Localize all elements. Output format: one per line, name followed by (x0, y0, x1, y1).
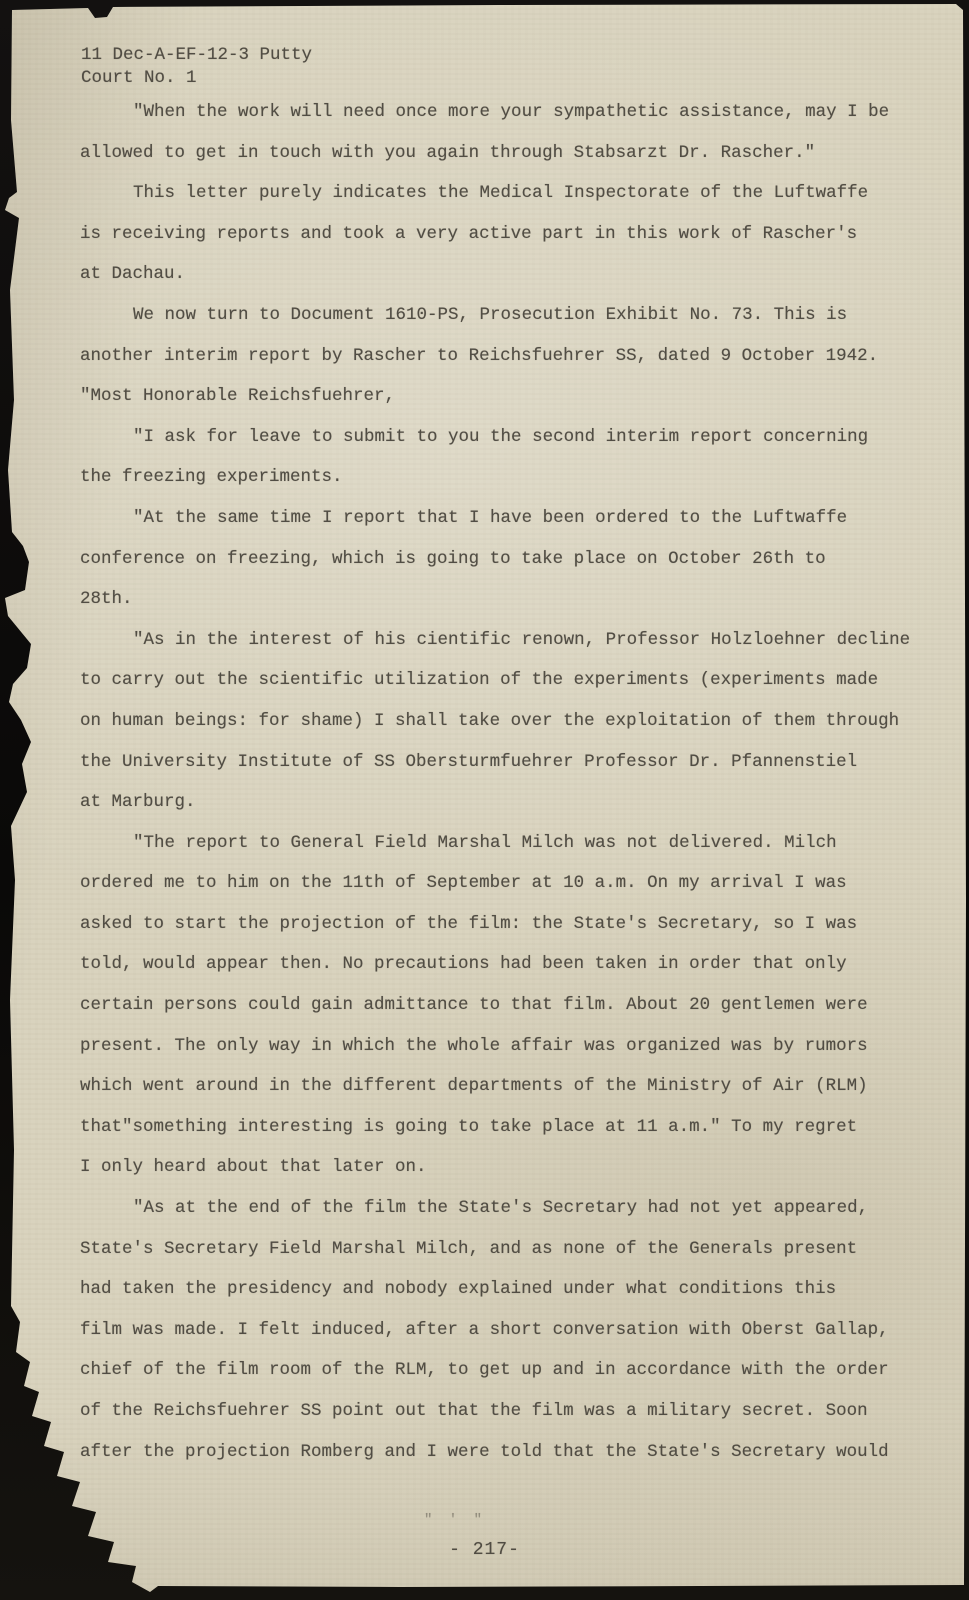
document-header: 11 Dec-A-EF-12-3 Putty Court No. 1 (81, 44, 312, 90)
stray-marks: " ' " (424, 1512, 486, 1528)
header-court-line: Court No. 1 (81, 67, 312, 90)
text-line: This letter purely indicates the Medical… (80, 173, 929, 214)
document-paper: 11 Dec-A-EF-12-3 Putty Court No. 1 "When… (0, 0, 969, 1600)
scanned-page: 11 Dec-A-EF-12-3 Putty Court No. 1 "When… (0, 0, 969, 1600)
text-line: "Most Honorable Reichsfuehrer, (80, 376, 929, 417)
text-line: "As in the interest of his cientific ren… (80, 620, 929, 661)
text-line: that"something interesting is going to t… (80, 1107, 929, 1148)
text-line: at Marburg. (80, 782, 929, 823)
text-line: after the projection Romberg and I were … (80, 1432, 929, 1473)
text-line: the University Institute of SS Obersturm… (80, 742, 929, 783)
text-line: allowed to get in touch with you again t… (80, 133, 929, 174)
text-line: to carry out the scientific utilization … (80, 660, 929, 701)
text-line: "At the same time I report that I have b… (80, 498, 929, 539)
text-line: the freezing experiments. (80, 457, 929, 498)
text-line: I only heard about that later on. (80, 1147, 929, 1188)
text-line: "The report to General Field Marshal Mil… (80, 823, 929, 864)
text-line: film was made. I felt induced, after a s… (80, 1310, 929, 1351)
text-line: told, would appear then. No precautions … (80, 944, 929, 985)
text-line: "When the work will need once more your … (80, 92, 929, 133)
text-line: at Dachau. (80, 254, 929, 295)
text-line: certain persons could gain admittance to… (80, 985, 929, 1026)
text-line: of the Reichsfuehrer SS point out that t… (80, 1391, 929, 1432)
text-line: "As at the end of the film the State's S… (80, 1188, 929, 1229)
text-line: conference on freezing, which is going t… (80, 539, 929, 580)
text-line: another interim report by Rascher to Rei… (80, 336, 929, 377)
text-line: present. The only way in which the whole… (80, 1026, 929, 1067)
text-line: ordered me to him on the 11th of Septemb… (80, 863, 929, 904)
header-docket-line: 11 Dec-A-EF-12-3 Putty (81, 44, 312, 67)
text-line: is receiving reports and took a very act… (80, 214, 929, 255)
text-line: State's Secretary Field Marshal Milch, a… (80, 1229, 929, 1270)
text-line: on human beings: for shame) I shall take… (80, 701, 929, 742)
document-body: "When the work will need once more your … (80, 92, 929, 1472)
text-line: We now turn to Document 1610-PS, Prosecu… (80, 295, 929, 336)
text-line: had taken the presidency and nobody expl… (80, 1269, 929, 1310)
page-number: - 217- (0, 1540, 969, 1560)
text-line: asked to start the projection of the fil… (80, 904, 929, 945)
text-line: which went around in the different depar… (80, 1066, 929, 1107)
text-line: "I ask for leave to submit to you the se… (80, 417, 929, 458)
text-line: 28th. (80, 579, 929, 620)
text-line: chief of the film room of the RLM, to ge… (80, 1350, 929, 1391)
